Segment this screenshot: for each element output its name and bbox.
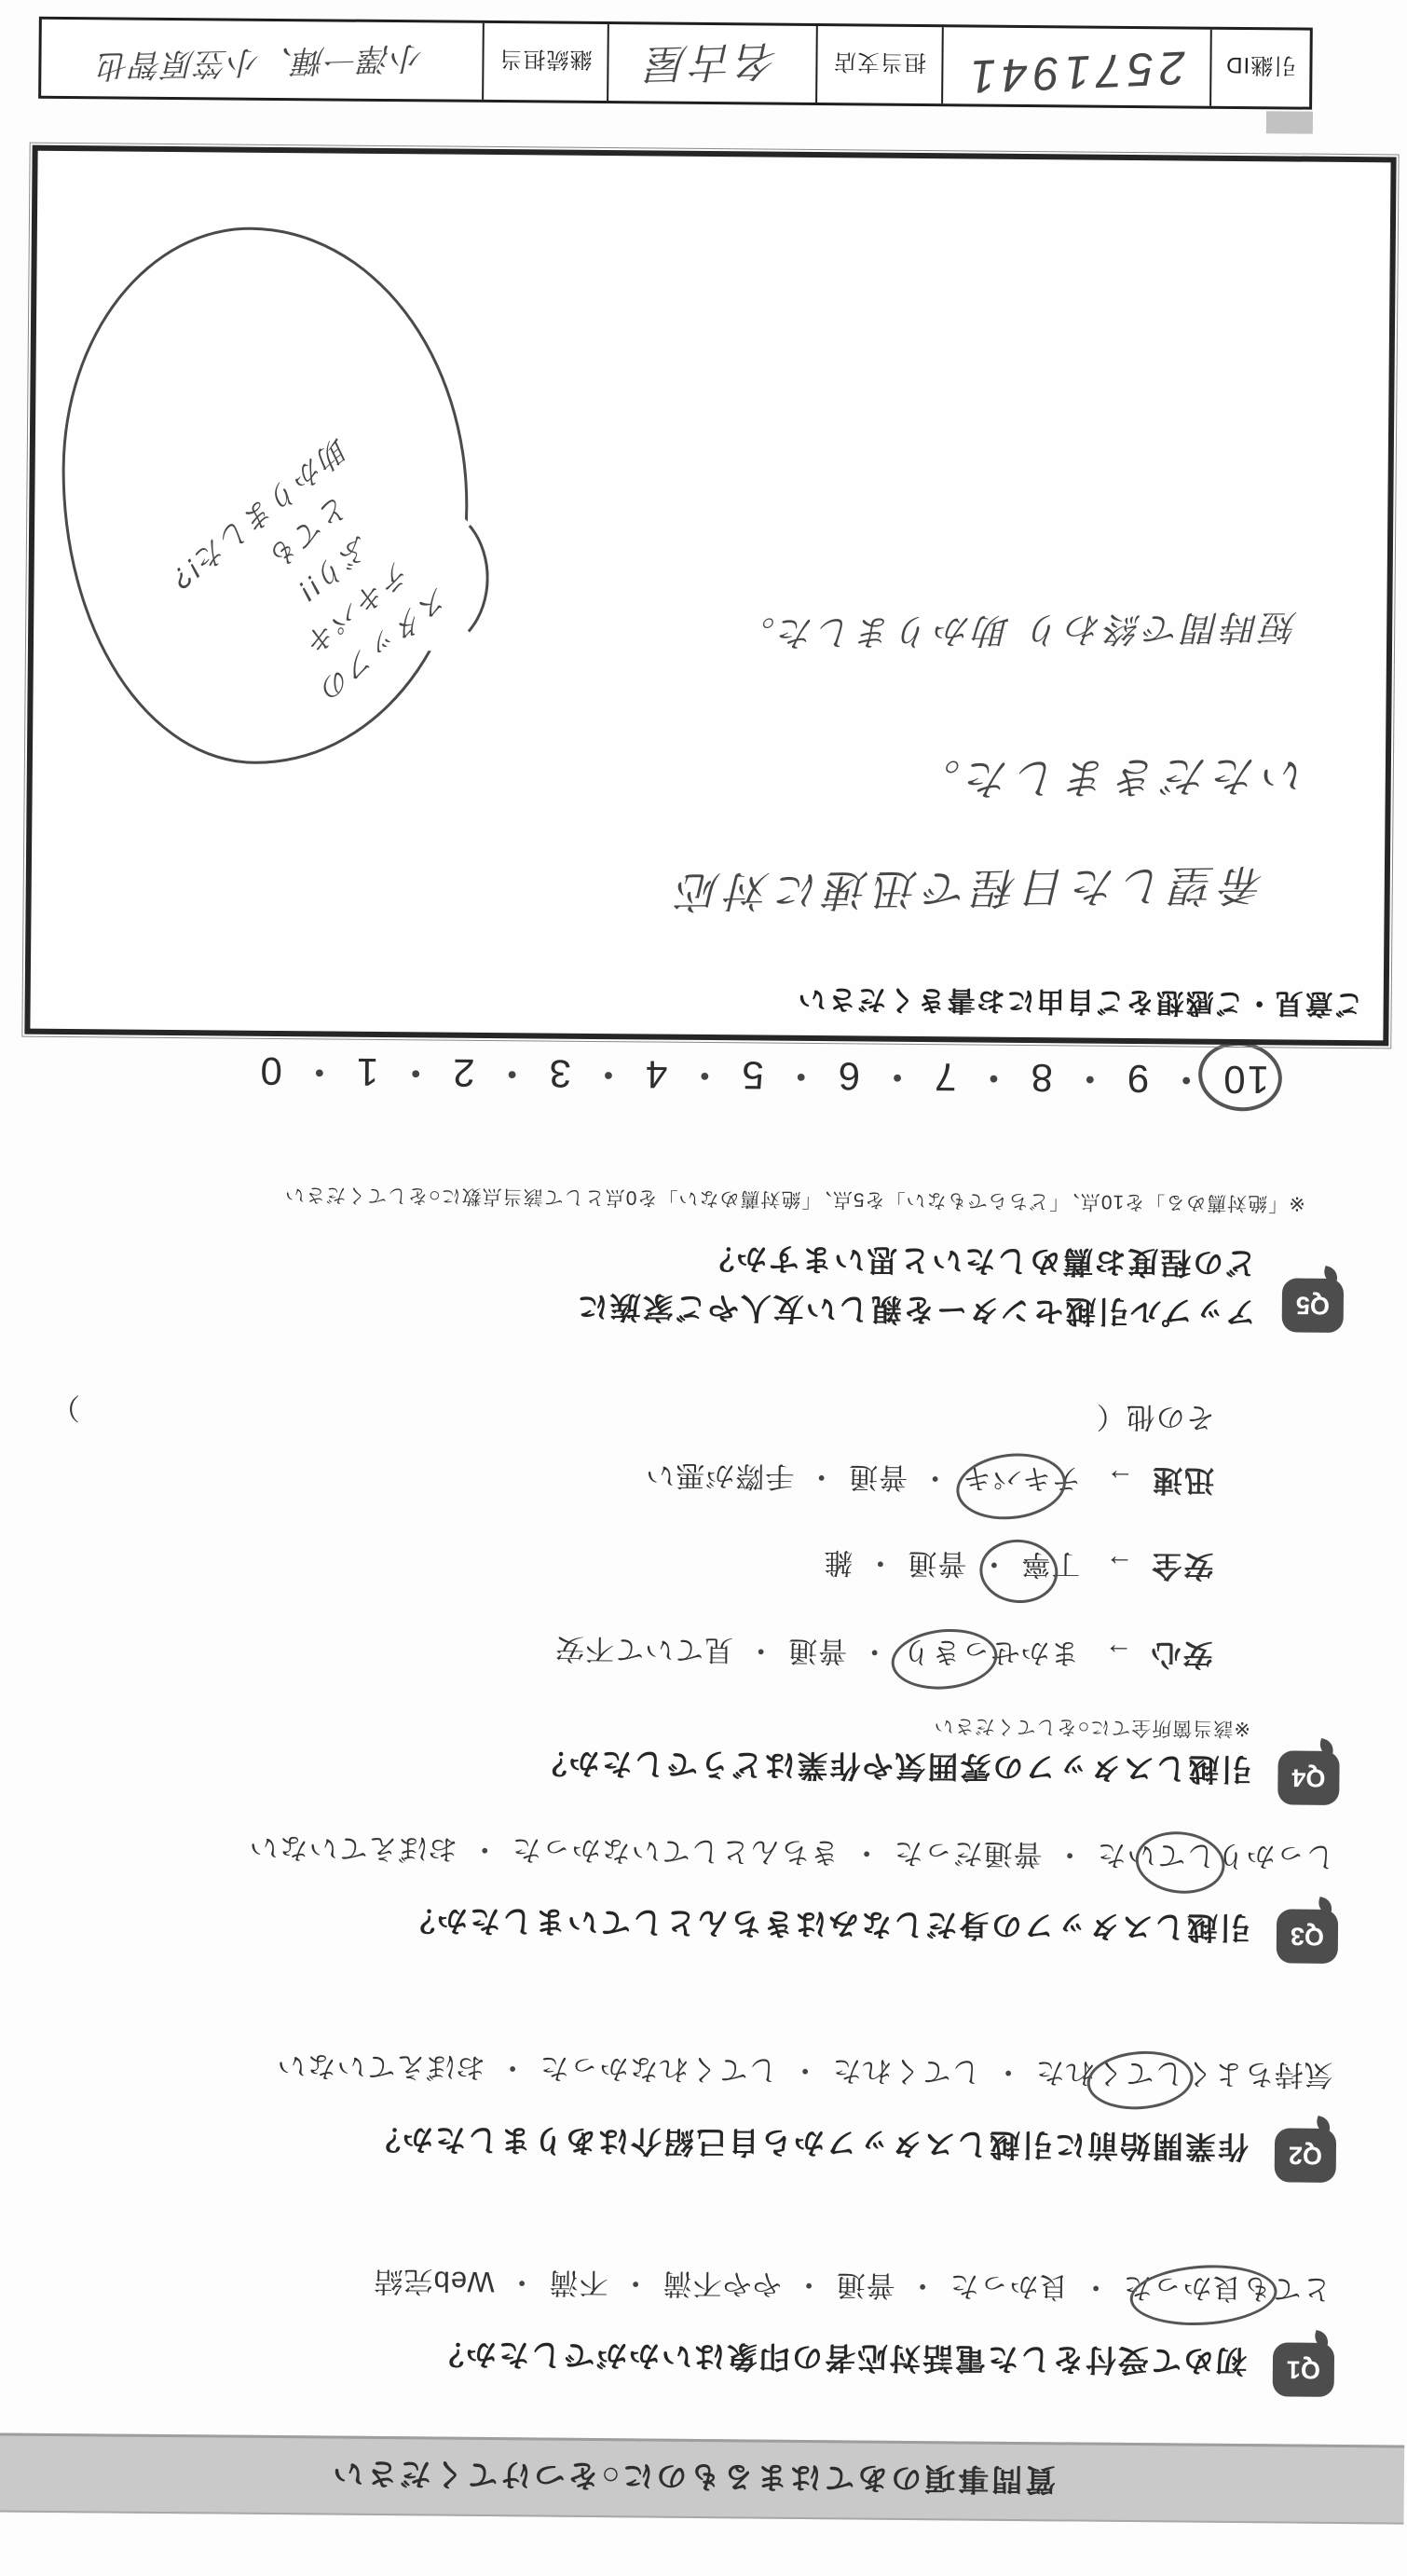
q5-title-line1: アップル引越センターを親しい友人やご家族に: [576, 1287, 1256, 1336]
option-futsuu: 普通: [835, 2267, 895, 2309]
separator: ・: [470, 1833, 499, 1866]
separator: ・: [621, 2267, 650, 2299]
option-label: まかせっきり: [901, 1636, 1080, 1670]
q2-badge: Q2: [1275, 2128, 1337, 2183]
row-label: 迅速: [1151, 1463, 1214, 1498]
q3-options: しっかりしていた ・普通だった・きちんとしていなかった・おぼえていない: [249, 1829, 1335, 1881]
q5-note: ※「絶対薦める」を10点、「どちらでもない」を5点、「絶対薦めない」を0点として…: [284, 1182, 1305, 1219]
separator: ・: [794, 2268, 824, 2301]
option-label: 普通: [848, 1460, 908, 1494]
option-label: 良かった: [949, 2269, 1069, 2303]
handwritten-id-value: 2571941: [964, 41, 1187, 104]
separator: ・: [993, 2056, 1023, 2089]
arrow-icon: →: [1104, 1549, 1133, 1580]
score-5: 5: [740, 1053, 764, 1097]
q1-options: とても良かった ・良かった・普通・やや不満・不満・Web完結: [373, 2263, 1332, 2313]
option-label: 見ていて不安: [554, 1633, 733, 1667]
q4-row-other: その他（ ）: [50, 1390, 1215, 1442]
q2-options: 気持ちよくしてくれた ・してくれた・してくれなかった・おぼえていない: [276, 2048, 1332, 2099]
handwritten-comment-line3: 短時間で終わり 助かりました。: [736, 605, 1298, 663]
q4-row-anzen: 安全→ 丁寧 ・普通・雑: [823, 1543, 1213, 1590]
separator: ・: [908, 2269, 937, 2302]
score-10: 10: [1222, 1057, 1269, 1102]
handover-table: 引継ID 2571941 担当支店 名古屋 継続担当 小澤一輝、小笠原智也: [38, 17, 1313, 110]
option-futsuu: 普通: [907, 1545, 966, 1588]
option-kichinto-shiteinakatta: きちんとしていなかった: [512, 1831, 840, 1876]
option-shitekurenakatta: してくれなかった: [539, 2049, 777, 2093]
separator: ・: [920, 1461, 949, 1494]
handwritten-comment-line2: いただきました。: [911, 747, 1307, 814]
row-label: 安心: [1149, 1637, 1212, 1672]
option-tegiwa-ga-warui: 手際が悪い: [645, 1457, 794, 1500]
comment-box-header: ご意見・ご感想をご自由にお書きください: [796, 981, 1362, 1027]
q1-badge-label: Q1: [1287, 2355, 1320, 2384]
separator: ・: [507, 2266, 537, 2298]
q3-badge-label: Q3: [1291, 1922, 1324, 1951]
branch-value-cell: 名古屋: [607, 24, 816, 103]
option-label: 普通: [787, 1635, 847, 1668]
option-miteite-fuan: 見ていて不安: [554, 1631, 733, 1675]
option-oboeteinai: おぼえていない: [276, 2048, 485, 2091]
separator: ・: [1165, 1057, 1206, 1101]
score-8: 8: [1029, 1056, 1053, 1100]
score-2: 2: [451, 1051, 475, 1095]
option-label: 普通: [907, 1547, 966, 1581]
q4-badge: Q4: [1277, 1750, 1340, 1805]
handover-id-label-cell: 引継ID: [1210, 30, 1310, 107]
other-close-paren: ）: [50, 1390, 80, 1432]
option-shikkari: しっかりしていた: [1096, 1837, 1334, 1881]
option-label: 手際が悪い: [645, 1459, 794, 1492]
q4-note: ※該当箇所全てに○をしてください: [933, 1713, 1250, 1744]
handwritten-comment-line1: 希望した日程で迅速に対応: [672, 856, 1265, 925]
option-kimochiyoku: 気持ちよくしてくれた: [1034, 2054, 1332, 2099]
q5-badge: Q5: [1282, 1278, 1345, 1333]
questionnaire-form: 質問事項のあてはまるものに○をつけてください Q1 初めて受付をした電話対応者の…: [0, 0, 1407, 2576]
staff-value-cell: 小澤一輝、小笠原智也: [41, 20, 483, 100]
separator: ・: [790, 2054, 820, 2087]
q4-title: 引越しスタッフの雰囲気や作業はどうでしたか？: [534, 1743, 1251, 1793]
option-tekipaki: テキパキ: [962, 1459, 1081, 1502]
branch-label-cell: 担当支店: [815, 26, 941, 103]
separator: ・: [1069, 1056, 1110, 1100]
score-4: 4: [644, 1052, 668, 1096]
option-label: とても良かった: [1123, 2271, 1332, 2306]
option-makasekkiri: まかせっきり: [901, 1634, 1080, 1678]
q5-title-line2: どの程度お薦めしたいと思いますか？: [702, 1239, 1256, 1287]
option-futsuu: 普通: [787, 1633, 847, 1676]
option-label: してくれなかった: [540, 2051, 778, 2086]
other-open-label: その他（: [1096, 1401, 1215, 1434]
score-9: 9: [1126, 1057, 1150, 1101]
separator: ・: [852, 1836, 881, 1869]
q1-badge: Q1: [1273, 2342, 1335, 2397]
cell-label: 継続担当: [499, 46, 592, 79]
handover-id-value-cell: 2571941: [941, 27, 1210, 106]
arrow-icon: →: [1105, 1463, 1134, 1494]
option-futsuu: 普通: [848, 1459, 908, 1501]
q5-score-scale: 10 ・9・8・7・6・5・4・3・2・1・0: [258, 1046, 1269, 1110]
arrow-icon: →: [1103, 1637, 1132, 1668]
option-fuman: 不満: [548, 2265, 608, 2308]
score-7: 7: [933, 1055, 957, 1099]
separator: ・: [683, 1053, 724, 1097]
option-label: おぼえていない: [249, 1831, 458, 1866]
q3-title: 引越しスタッフの身だしなみはきちんとしていましたか？: [403, 1900, 1250, 1952]
score-label: 10: [1222, 1058, 1269, 1102]
staff-label-cell: 継続担当: [482, 23, 608, 101]
separator: ・: [587, 1052, 628, 1096]
separator: ・: [1055, 1838, 1085, 1870]
option-label: おぼえていない: [277, 2049, 485, 2084]
score-0: 0: [258, 1049, 282, 1093]
handwritten-staff-value: 小澤一輝、小笠原智也: [98, 38, 425, 92]
handwritten-branch-value: 名古屋: [644, 34, 780, 98]
separator: ・: [298, 1049, 339, 1093]
option-label: きちんとしていなかった: [512, 1833, 840, 1869]
option-web-kanketsu: Web完結: [373, 2263, 495, 2306]
cell-label: 担当支店: [833, 48, 926, 82]
option-shitekureta: してくれた: [831, 2052, 980, 2095]
separator: ・: [865, 1547, 895, 1580]
q3-badge: Q3: [1277, 1909, 1339, 1964]
separator: ・: [490, 1051, 531, 1095]
option-yokatta: 良かった: [949, 2268, 1068, 2310]
q2-title: 作業開始前に引越しスタッフから自己紹介はありましたか？: [368, 2119, 1249, 2171]
score-6: 6: [837, 1054, 861, 1098]
row-label: 安全: [1150, 1549, 1213, 1583]
option-zatsu: 雑: [823, 1544, 853, 1586]
option-teinei: 丁寧: [1020, 1546, 1080, 1589]
q5-badge-label: Q5: [1296, 1291, 1330, 1320]
option-yaya-fuman: やや不満: [662, 2266, 781, 2309]
separator: ・: [876, 1055, 917, 1099]
option-label: 普通だった: [894, 1837, 1043, 1870]
option-label: 雑: [823, 1546, 853, 1579]
option-label: 不満: [549, 2267, 608, 2300]
q4-badge-label: Q4: [1291, 1763, 1325, 1792]
option-label: やや不満: [663, 2268, 782, 2301]
scanned-questionnaire-upside-down: 質問事項のあてはまるものに○をつけてください Q1 初めて受付をした電話対応者の…: [0, 0, 1407, 2576]
option-label: 普通: [836, 2268, 895, 2302]
separator: ・: [859, 1635, 889, 1667]
option-label: 気持ちよくしてくれた: [1035, 2056, 1333, 2091]
option-label: 丁寧: [1020, 1548, 1080, 1582]
separator: ・: [498, 2051, 527, 2084]
q4-row-jinsoku: 迅速→ テキパキ ・普通・手際が悪い: [645, 1456, 1214, 1503]
separator: ・: [978, 1548, 1008, 1581]
separator: ・: [806, 1460, 836, 1493]
option-label: テキパキ: [962, 1461, 1081, 1495]
option-oboeteinai: おぼえていない: [249, 1829, 458, 1873]
separator: ・: [745, 1634, 775, 1666]
q4-row-anshin: 安心→ まかせっきり ・普通・見ていて不安: [554, 1630, 1213, 1679]
separator: ・: [394, 1050, 435, 1094]
q1-title: 初めて受付をした電話対応者の印象はいかがでしたか？: [431, 2334, 1247, 2385]
form-title-bar: 質問事項のあてはまるものに○をつけてください: [0, 2432, 1404, 2524]
score-3: 3: [547, 1052, 571, 1096]
q2-badge-label: Q2: [1289, 2141, 1322, 2170]
option-futsuu-datta: 普通だった: [893, 1835, 1042, 1878]
cell-label: 引継ID: [1225, 51, 1296, 85]
option-label: してくれた: [832, 2054, 981, 2088]
option-totemo-yokatta: とても良かった: [1122, 2269, 1331, 2313]
score-1: 1: [355, 1050, 379, 1094]
option-label: Web完結: [373, 2265, 494, 2298]
separator: ・: [972, 1056, 1013, 1100]
separator: ・: [780, 1054, 821, 1098]
separator: ・: [1081, 2271, 1111, 2304]
scan-artifact: [1266, 111, 1313, 133]
option-label: しっかりしていた: [1097, 1839, 1335, 1873]
form-title: 質問事項のあてはまるものに○をつけてください: [330, 2454, 1056, 2504]
